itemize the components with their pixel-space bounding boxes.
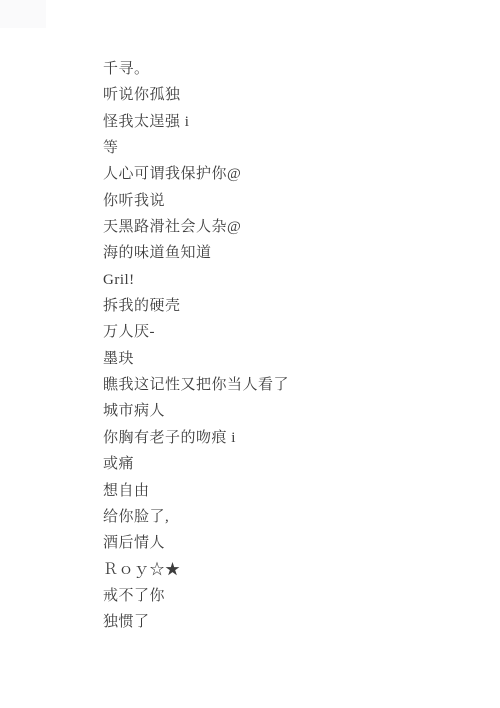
text-line: 给你脸了,	[103, 504, 483, 530]
text-line: 天黑路滑社会人杂@	[103, 214, 483, 240]
text-line: 墨玦	[103, 346, 483, 372]
corner-shade	[0, 0, 46, 28]
text-line: 怪我太逞强 i	[103, 109, 483, 135]
text-line: Gril!	[103, 267, 483, 293]
text-line: 拆我的硬壳	[103, 293, 483, 319]
text-line: 想自由	[103, 478, 483, 504]
text-line: 千寻。	[103, 56, 483, 82]
text-line: 听说你孤独	[103, 82, 483, 108]
text-line: Ｒｏｙ☆★	[103, 557, 483, 583]
text-line: 万人厌-	[103, 319, 483, 345]
text-line: 你胸有老子的吻痕 i	[103, 425, 483, 451]
text-line: 海的味道鱼知道	[103, 240, 483, 266]
text-line: 独惯了	[103, 609, 483, 635]
text-line: 你听我说	[103, 188, 483, 214]
text-line-list: 千寻。听说你孤独怪我太逞强 i等人心可谓我保护你@你听我说天黑路滑社会人杂@海的…	[103, 56, 483, 636]
text-line: 或痛	[103, 451, 483, 477]
text-line: 酒后情人	[103, 530, 483, 556]
text-line: 戒不了你	[103, 583, 483, 609]
text-line: 等	[103, 135, 483, 161]
text-line: 人心可谓我保护你@	[103, 161, 483, 187]
text-line: 瞧我这记性又把你当人看了	[103, 372, 483, 398]
text-line: 城市病人	[103, 398, 483, 424]
page: 千寻。听说你孤独怪我太逞强 i等人心可谓我保护你@你听我说天黑路滑社会人杂@海的…	[0, 0, 500, 708]
